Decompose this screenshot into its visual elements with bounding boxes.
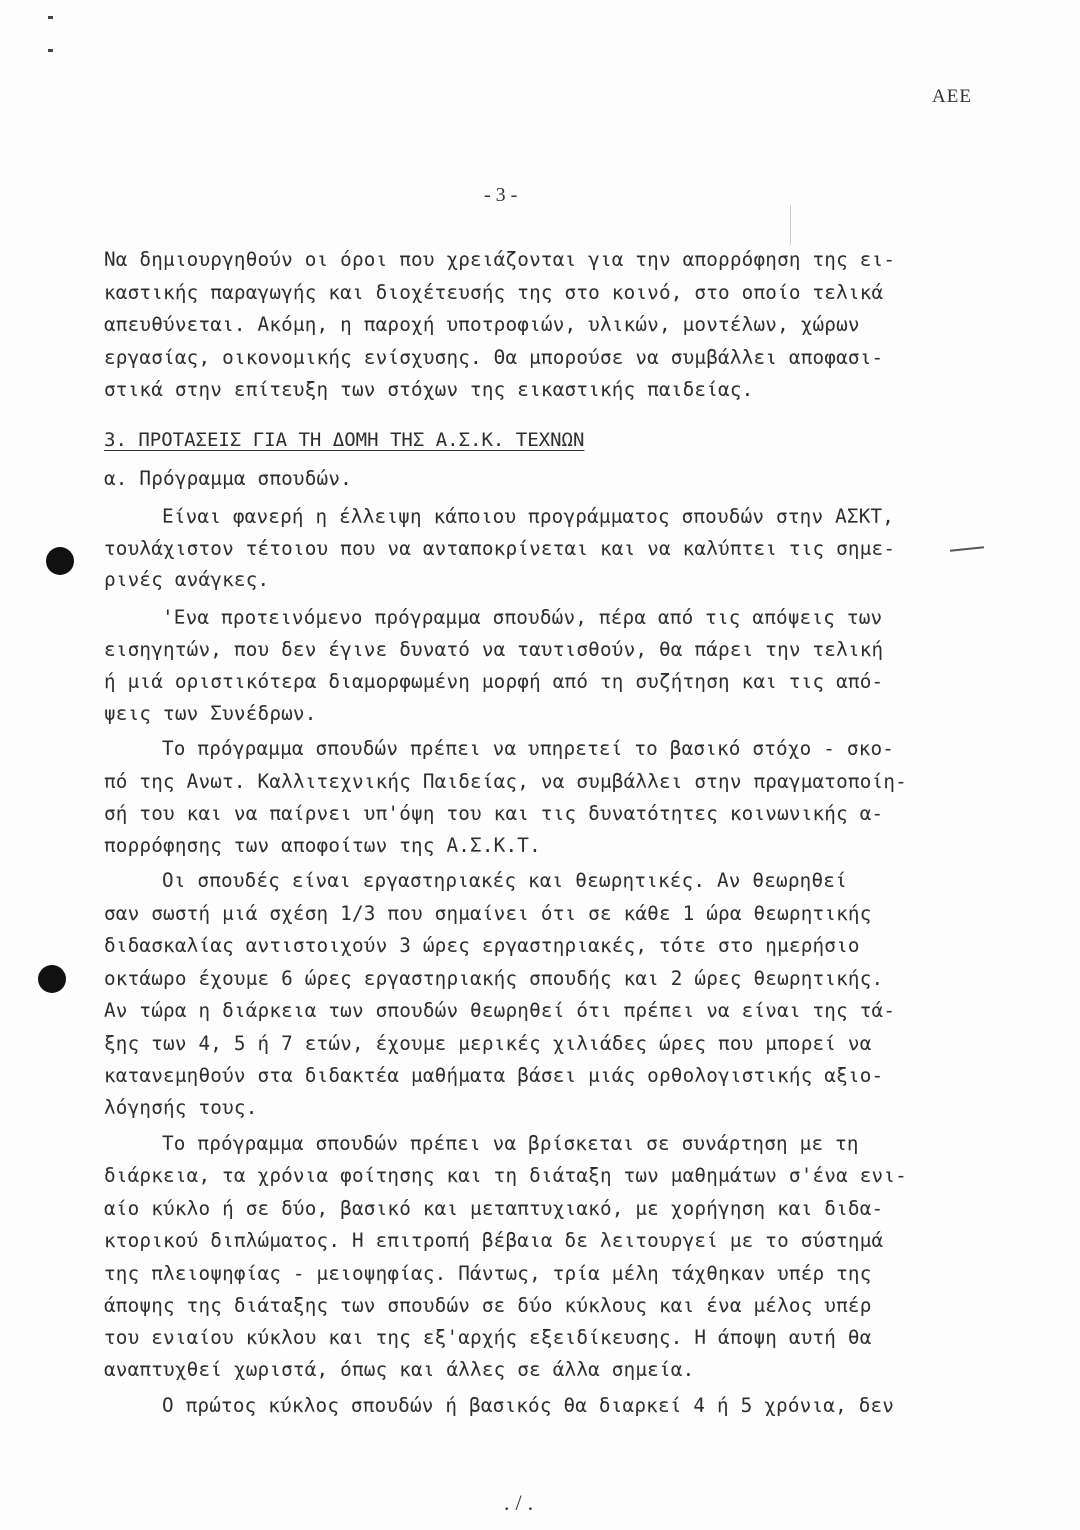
text-line: ψεις των Συνέδρων.: [104, 702, 317, 725]
text-line: Το πρόγραμμα σπουδών πρέπει να υπηρετεί …: [162, 737, 894, 760]
text-line: κατανεμηθούν στα διδακτέα μαθήματα βάσει…: [104, 1064, 883, 1087]
text-line: αίο κύκλο ή σε δύο, βασικό και μεταπτυχι…: [104, 1197, 883, 1220]
text-line: ξης των 4, 5 ή 7 ετών, έχουμε μερικές χι…: [104, 1032, 872, 1055]
text-line: της πλειοψηφίας - μειοψηφίας. Πάντως, τρ…: [104, 1262, 872, 1285]
text-line: 'Ενα προτεινόμενο πρόγραμμα σπουδών, πέρ…: [162, 606, 882, 629]
scan-mark: [48, 16, 53, 19]
text-line: Το πρόγραμμα σπουδών πρέπει να βρίσκεται…: [162, 1132, 859, 1155]
text-line: κτορικού διπλώματος. Η επιτροπή βέβαια δ…: [104, 1229, 883, 1252]
text-line: του ενιαίου κύκλου και της εξ'αρχής εξει…: [104, 1326, 872, 1349]
text-line: διάρκεια, τα χρόνια φοίτησης και τη διάτ…: [104, 1164, 907, 1187]
text-line: Είναι φανερή η έλλειψη κάποιου προγράμμα…: [162, 505, 894, 528]
text-line: οκτάωρο έχουμε 6 ώρες εργαστηριακής σπου…: [104, 967, 883, 990]
text-line: καστικής παραγωγής και διοχέτευσής της σ…: [104, 281, 883, 304]
text-line: απευθύνεται. Ακόμη, η παροχή υποτροφιών,…: [104, 313, 860, 336]
text-line: σαν σωστή μιά σχέση 1/3 που σημαίνει ότι…: [104, 902, 872, 925]
text-line: αναπτυχθεί χωριστά, όπως και άλλες σε άλ…: [104, 1358, 694, 1381]
text-line: λόγησής τους.: [104, 1096, 258, 1119]
section-heading: 3. ΠΡΟΤΑΣΕΙΣ ΓΙΑ ΤΗ ΔΟΜΗ ΤΗΣ Α.Σ.Κ. ΤΕΧΝ…: [104, 429, 584, 451]
text-line: Αν τώρα η διάρκεια των σπουδών θεωρηθεί …: [104, 999, 895, 1022]
text-line: εισηγητών, που δεν έγινε δυνατό να ταυτι…: [104, 638, 883, 661]
document-page: ΑΕΕ - 3 - Να δημιουργηθούν οι όροι που χ…: [0, 0, 1080, 1530]
punch-hole: [46, 547, 74, 575]
page-number: - 3 -: [484, 184, 517, 207]
text-line: εργασίας, οικονομικής ενίσχυσης. Θα μπορ…: [104, 346, 883, 369]
text-line: άποψης της διάταξης των σπουδών σε δύο κ…: [104, 1294, 872, 1317]
text-line: στικά στην επίτευξη των στόχων της εικασ…: [104, 378, 753, 401]
text-line: διδασκαλίας αντιστοιχούν 3 ώρες εργαστηρ…: [104, 934, 860, 957]
text-line: Ο πρώτος κύκλος σπουδών ή βασικός θα δια…: [162, 1394, 894, 1417]
text-line: πό της Ανωτ. Καλλιτεχνικής Παιδείας, να …: [104, 770, 907, 793]
scan-mark: [48, 49, 53, 52]
subsection-heading: α. Πρόγραμμα σπουδών.: [104, 467, 352, 490]
text-line: τουλάχιστον τέτοιου που να ανταποκρίνετα…: [104, 537, 895, 560]
text-line: ή μιά οριστικότερα διαμορφωμένη μορφή απ…: [104, 670, 883, 693]
scan-artifact-line: [790, 205, 791, 245]
text-line: ρινές ανάγκες.: [104, 568, 269, 591]
text-line: Να δημιουργηθούν οι όροι που χρειάζονται…: [104, 248, 895, 271]
continuation-mark: ./.: [504, 1490, 539, 1516]
punch-hole: [38, 965, 66, 993]
pen-mark: [950, 546, 984, 552]
text-line: σή του και να παίρνει υπ'όψη του και τις…: [104, 802, 883, 825]
text-line: πορρόφησης των αποφοίτων της Α.Σ.Κ.Τ.: [104, 834, 541, 857]
text-line: Οι σπουδές είναι εργαστηριακές και θεωρη…: [162, 869, 847, 892]
document-code: ΑΕΕ: [932, 86, 972, 108]
